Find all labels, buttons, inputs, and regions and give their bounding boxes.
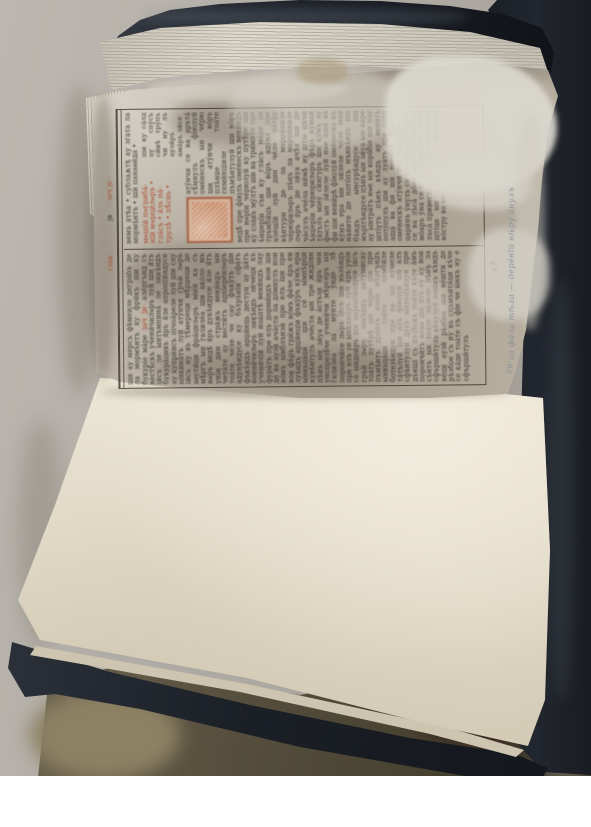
section-tail-text: ве́мъ ятѣ́а • субла́ѫтѣ ау зга́та ла мор… bbox=[125, 113, 141, 244]
photo-white-border bbox=[0, 776, 591, 827]
photograph: гла́в· ѯв · зач ѯє · ши а́у ме́рсъ фѣме́… bbox=[0, 0, 591, 777]
tape-stain bbox=[296, 58, 348, 84]
handwritten-scribble: др· bbox=[504, 338, 519, 374]
chapter-mark: гла́в· bbox=[104, 254, 116, 271]
woodcut-initial-block bbox=[186, 197, 232, 243]
handwritten-marginalia: са фи́ла тѣ́ла — дере́вїй вѣ́ру а́нулъ bbox=[507, 150, 525, 360]
screenshot: гла́в· ѯв · зач ѯє · ши а́у ме́рсъ фѣме́… bbox=[0, 0, 591, 827]
red-heading-line: трулѣ • пѣ́снь • bbox=[164, 160, 173, 244]
paper-stain-light bbox=[338, 268, 450, 350]
chapter-heading: ши ку са́лд ау спу́съ си́нѣ тру́пъ чи ну… bbox=[140, 112, 185, 243]
zachalo-mark: · зач ѯє · bbox=[103, 177, 115, 205]
heading-side-text: ши ку са́лд ау спу́съ си́нѣ тру́пъ чи ну… bbox=[140, 112, 184, 157]
cover-sheen bbox=[548, 280, 574, 700]
page-number-mark: ѯв bbox=[104, 215, 116, 221]
